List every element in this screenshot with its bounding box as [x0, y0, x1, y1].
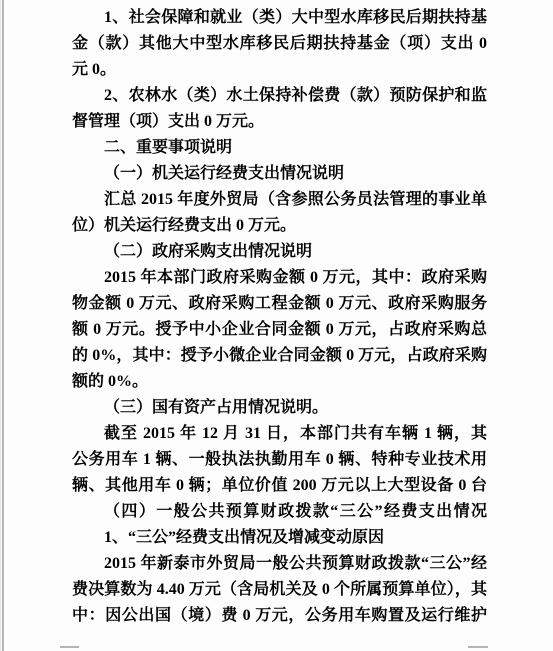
subsection-heading: （二）政府采购支出情况说明	[72, 239, 487, 265]
margin-crop-mark-left	[60, 646, 79, 648]
text-line: 汇总 2015 年度外贸局（含参照公务员法管理的事业单	[72, 187, 487, 213]
text-line: 2、农林水（类）水土保持补偿费（款）预防保护和监	[72, 83, 487, 109]
text-line: 位）机关运行经费支出 0 万元。	[72, 213, 487, 239]
margin-crop-mark-right	[468, 646, 488, 648]
document-page: 1、社会保障和就业（类）大中型水库移民后期扶持基 金（款）其他大中型水库移民后期…	[0, 0, 553, 651]
page-edge-outer-line	[0, 0, 1, 651]
text-line: 1、社会保障和就业（类）大中型水库移民后期扶持基	[72, 5, 487, 31]
page-edge-inner-line	[2, 0, 4, 651]
text-line: 公务用车 1 辆、一般执法执勤用车 0 辆、特种专业技术用车	[72, 447, 487, 473]
subsection-heading: 1、“三公”经费支出情况及增减变动原因	[72, 525, 487, 551]
subsection-heading: （三）国有资产占用情况说明。	[72, 395, 487, 421]
subsection-heading: （四）一般公共预算财政拨款“三公”经费支出情况	[72, 499, 487, 525]
document-body: 1、社会保障和就业（类）大中型水库移民后期扶持基 金（款）其他大中型水库移民后期…	[72, 5, 487, 629]
text-line: 金（款）其他大中型水库移民后期扶持基金（项）支出 0 万	[72, 31, 487, 57]
text-line: 的 0%，其中：授予小微企业合同金额 0 万元，占政府采购总	[72, 343, 487, 369]
text-line: 费决算数为 4.40 万元（含局机关及 0 个所属预算单位），其	[72, 577, 487, 603]
subsection-heading: （一）机关运行经费支出情况说明	[72, 161, 487, 187]
text-line: 辆、其他用车 0 辆；单位价值 200 万元以上大型设备 0 台（套）。	[72, 473, 487, 499]
text-line: 额 0 万元。授予中小企业合同金额 0 万元，占政府采购总额	[72, 317, 487, 343]
text-line: 2015 年新泰市外贸局一般公共预算财政拨款“三公”经	[72, 551, 487, 577]
text-line: 元 0。	[72, 57, 487, 83]
section-heading: 二、重要事项说明	[72, 135, 487, 161]
text-line: 2015 年本部门政府采购金额 0 万元，其中：政府采购货	[72, 265, 487, 291]
text-line: 中：因公出国（境）费 0 万元，公务用车购置及运行维护费	[72, 603, 487, 629]
text-line: 截至 2015 年 12 月 31 日，本部门共有车辆 1 辆，其中，	[72, 421, 487, 447]
text-line: 督管理（项）支出 0 万元。	[72, 109, 487, 135]
text-line: 物金额 0 万元、政府采购工程金额 0 万元、政府采购服务金	[72, 291, 487, 317]
text-line: 额的 0%。	[72, 369, 487, 395]
